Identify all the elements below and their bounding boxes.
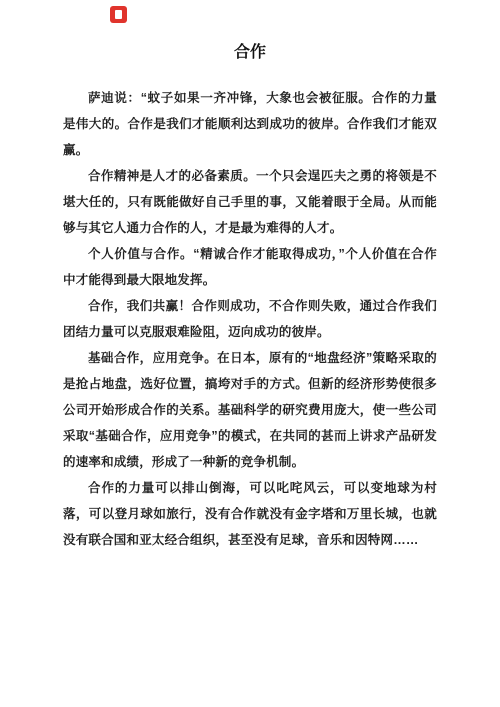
paragraph-5: 基础合作，应用竞争。在日本，原有的“地盘经济”策略采取的是抢占地盘，选好位置，搞…	[63, 345, 437, 475]
document-title: 合作	[63, 40, 437, 66]
document-body: 合作 萨迪说：“蚊子如果一齐冲锋，大象也会被征服。合作的力量是伟大的。合作是我们…	[63, 40, 437, 553]
paragraph-6: 合作的力量可以排山倒海，可以叱咤风云，可以变地球为村落，可以登月球如旅行，没有合…	[63, 475, 437, 553]
red-doc-logo-icon	[110, 6, 127, 23]
logo-glyph	[115, 10, 122, 19]
document-page: 合作 萨迪说：“蚊子如果一齐冲锋，大象也会被征服。合作的力量是伟大的。合作是我们…	[0, 0, 500, 707]
paragraph-4: 合作，我们共赢！合作则成功，不合作则失败，通过合作我们团结力量可以克服艰难险阻，…	[63, 293, 437, 345]
paragraph-1: 萨迪说：“蚊子如果一齐冲锋，大象也会被征服。合作的力量是伟大的。合作是我们才能顺…	[63, 85, 437, 163]
paragraph-3: 个人价值与合作。“精诚合作才能取得成功，”个人价值在合作中才能得到最大限地发挥。	[63, 241, 437, 293]
paragraph-2: 合作精神是人才的必备素质。一个只会逞匹夫之勇的将领是不堪大任的，只有既能做好自己…	[63, 163, 437, 241]
